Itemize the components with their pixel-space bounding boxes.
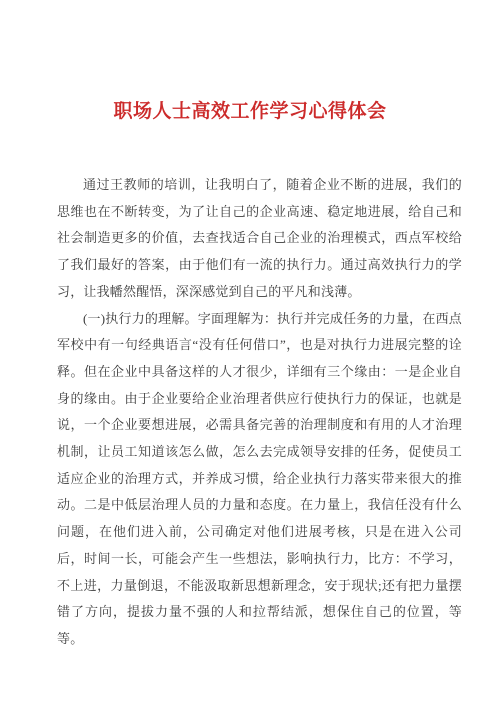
document-title: 职场人士高效工作学习心得体会	[0, 99, 500, 125]
paragraph-1: 通过王教师的培训，让我明白了，随着企业不断的进展，我们的思维也在不断转变，为了让…	[57, 172, 462, 306]
document-body: 通过王教师的培训，让我明白了，随着企业不断的进展，我们的思维也在不断转变，为了让…	[0, 172, 500, 653]
paragraph-2: (一)执行力的理解。字面理解为：执行并完成任务的力量，在西点军校中有一句经典语言…	[57, 306, 462, 653]
document-page: 职场人士高效工作学习心得体会 通过王教师的培训，让我明白了，随着企业不断的进展，…	[0, 0, 500, 707]
